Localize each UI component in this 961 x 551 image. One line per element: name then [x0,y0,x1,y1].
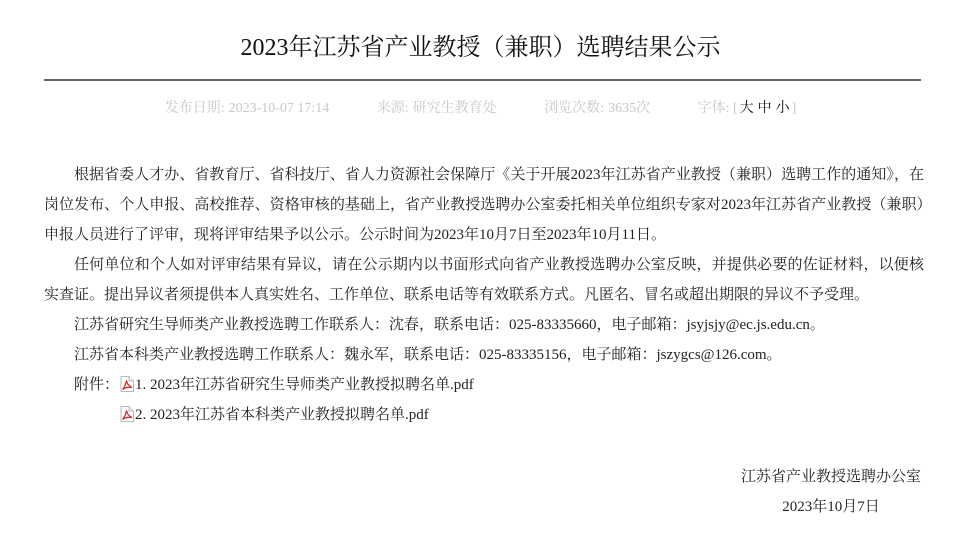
body-paragraph-objection: 任何单位和个人如对评审结果有异议，请在公示期内以书面形式向省产业教授选聘办公室反… [44,250,924,310]
source-value: 研究生教育处 [413,101,497,116]
signature-organization: 江苏省产业教授选聘办公室 [741,462,921,492]
attachments-section: 附件：1. 2023年江苏省研究生导师类产业教授拟聘名单.pdf 2. 2023… [44,370,924,430]
body-paragraph-announcement: 根据省委人才办、省教育厅、省科技厅、省人力资源社会保障厅《关于开展2023年江苏… [44,160,924,250]
attachment-label: 2. 2023年江苏省本科类产业教授拟聘名单.pdf [135,407,429,423]
signature-date: 2023年10月7日 [741,492,921,522]
publish-date-label: 发布日期: [165,101,225,116]
publish-date-value: 2023-10-07 17:14 [229,101,330,116]
attachment-label: 1. 2023年江苏省研究生导师类产业教授拟聘名单.pdf [135,377,474,393]
title-divider [44,79,921,81]
attachment-row: 2. 2023年江苏省本科类产业教授拟聘名单.pdf [74,400,924,430]
contact-graduate: 江苏省研究生导师类产业教授选聘工作联系人：沈春，联系电话：025-8333566… [44,310,924,340]
source-label: 来源: [377,101,409,116]
font-size-medium-button[interactable]: 中 [758,101,772,116]
font-size-label: 字体: [698,101,730,116]
view-count: 浏览次数:3635次 [544,98,650,120]
view-count-label: 浏览次数: [544,101,604,116]
source: 来源:研究生教育处 [377,98,497,120]
signature-block: 江苏省产业教授选聘办公室 2023年10月7日 [741,462,921,522]
attachment-link-graduate-list[interactable]: 1. 2023年江苏省研究生导师类产业教授拟聘名单.pdf [120,377,474,393]
article-meta-bar: 发布日期:2023-10-07 17:14 来源:研究生教育处 浏览次数:363… [0,98,961,120]
attachment-row: 附件：1. 2023年江苏省研究生导师类产业教授拟聘名单.pdf [74,370,924,400]
attachment-link-undergraduate-list[interactable]: 2. 2023年江苏省本科类产业教授拟聘名单.pdf [120,407,429,423]
font-size-bracket-open: [ [733,101,738,116]
contact-undergraduate: 江苏省本科类产业教授选聘工作联系人：魏永军，联系电话：025-83335156，… [44,340,924,370]
pdf-icon [120,403,134,419]
article-body: 根据省委人才办、省教育厅、省科技厅、省人力资源社会保障厅《关于开展2023年江苏… [44,160,924,430]
font-size-large-button[interactable]: 大 [740,101,754,116]
pdf-icon [120,373,134,389]
publish-date: 发布日期:2023-10-07 17:14 [165,98,330,120]
font-size-small-button[interactable]: 小 [776,101,790,116]
font-size-bracket-close: ] [792,101,797,116]
attachments-label: 附件： [74,370,120,400]
view-count-value: 3635次 [608,101,650,116]
article-title: 2023年江苏省产业教授（兼职）选聘结果公示 [0,30,961,66]
font-size-control: 字体: [大中小] [698,98,797,120]
